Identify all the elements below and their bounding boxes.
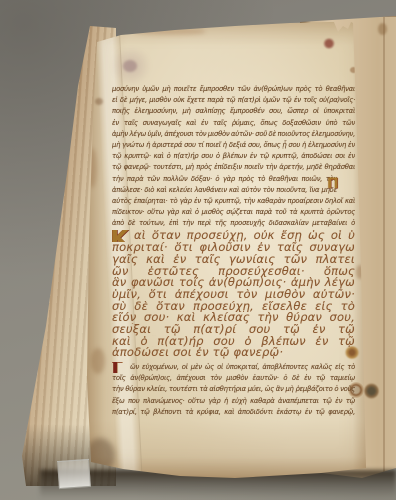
gospel-lemma-block: Καὶ ὅταν προσεύχῃ, οὐκ ἔσῃ ὡς οἱ ὑ ποκρι…	[112, 230, 355, 359]
commentary-line: ἔξω που πλανώμενος· οὕτω γὰρ ἡ εὐχὴ καθα…	[112, 396, 355, 407]
stain-purple-core	[123, 60, 137, 72]
commentary-line: τὴν θύραν κλείει, τουτέστι τὰ αἰσθητήρια…	[112, 384, 355, 395]
gospel-line: σευξαι τῷ π(ατ)ρί σου τῷ ἐν τῷ κρυπτῷ·	[112, 324, 355, 336]
commentary-line: μὴ γνώτω ἡ ἀριστερά σου τί ποιεῖ ἡ δεξιά…	[112, 140, 355, 151]
commentary-line: ἀμὴν λέγω ὑμῖν, ἀπέχουσι τὸν μισθὸν αὐτῶ…	[112, 129, 355, 140]
gospel-line: ὑμῖν, ὅτι ἀπέχουσι τὸν μισθὸν αὐτῶν·	[112, 289, 355, 301]
gospel-line: καὶ ὁ π(ατ)ήρ σου ὁ βλέπων ἐν τῷ κρυπτῷ,	[112, 336, 355, 348]
commentary-line: π(ατ)ρί, τῷ βλέποντι τὰ κρύφια, καὶ ἀποδ…	[112, 407, 355, 418]
repair-tab	[57, 459, 91, 489]
commentary-line-text: ῶν εὐχομένων, οἱ μὲν ὡς οἱ ὑποκριταί, ἀπ…	[130, 363, 355, 373]
commentary-line: Τῶν εὐχομένων, οἱ μὲν ὡς οἱ ὑποκριταί, ἀ…	[112, 362, 355, 373]
gospel-line: Καὶ ὅταν προσεύχῃ, οὐκ ἔσῃ ὡς οἱ ὑ	[112, 230, 355, 242]
commentary-line: ποιῇς ἐλεημοσύνην, μὴ σαλπίσῃς ἔμπροσθέν…	[112, 106, 355, 117]
gospel-line: εῖόν σου· καὶ κλείσας τὴν θύραν σου, πρό	[112, 312, 355, 324]
commentary-line: ἐν ταῖς συναγωγαῖς καὶ ἐν ταῖς ῥύμαις, ὅ…	[112, 118, 355, 129]
stain-left-smudge	[91, 348, 105, 374]
gospel-line: ποκριταί· ὅτι φιλοῦσιν ἐν ταῖς συναγω	[112, 242, 355, 254]
decorated-initial-kappa: Κ	[112, 230, 130, 242]
stain-top-foxing	[135, 28, 205, 35]
commentary-top-block: μοσύνην ὑμῶν μὴ ποιεῖτε ἔμπροσθεν τῶν ἀν…	[112, 84, 355, 229]
decorated-initial-tau: Τ	[112, 362, 122, 373]
photo-of-open-manuscript-codex: μοσύνην ὑμῶν μὴ ποιεῖτε ἔμπροσθεν τῶν ἀν…	[0, 0, 396, 500]
gospel-line: σὺ δὲ ὅταν προσεύχῃ, εἴσελθε εἰς τὸ ταμι	[112, 301, 355, 313]
gospel-line-text: αὶ ὅταν προσεύχῃ, οὐκ ἔσῃ ὡς οἱ ὑ	[134, 230, 355, 242]
text-block: μοσύνην ὑμῶν μὴ ποιεῖτε ἔμπροσθεν τῶν ἀν…	[112, 84, 355, 418]
commentary-line: μοσύνην ὑμῶν μὴ ποιεῖτε ἔμπροσθεν τῶν ἀν…	[112, 84, 355, 95]
stain-red-spot	[323, 38, 335, 49]
gospel-line: ῶν ἑστῶτες προσεύχεσθαι· ὅπως	[112, 266, 355, 278]
commentary-line: ἀπὸ δὲ τούτων, ἐπὶ τὴν περὶ τῆς προσευχῆ…	[112, 218, 355, 229]
commentary-line: τῷ κρυπτῷ· καὶ ὁ π(ατ)ήρ σου ὁ βλέπων ἐν…	[112, 151, 355, 162]
commentary-bottom-block: Τῶν εὐχομένων, οἱ μὲν ὡς οἱ ὑποκριταί, ἀ…	[112, 362, 355, 418]
stain-on-fore-edge	[364, 383, 379, 399]
foxing-spot	[378, 23, 387, 35]
commentary-line: αὐτὸς ἐπαίρηται· τὸ γὰρ ἐν τῷ κρυπτῷ, τὴ…	[112, 196, 355, 207]
fore-edge-crease	[383, 17, 385, 491]
commentary-line: τοῖς ἀν(θρώπ)οις, ἀπέχουσι τὸν μισθὸν ἑα…	[112, 373, 355, 384]
gospel-line: ἂν φανῶσι τοῖς ἀν(θρώπ)οις· ἀμὴν λέγω	[112, 277, 355, 289]
gospel-line: ἀποδώσει σοι ἐν τῷ φανερῷ·	[112, 347, 355, 359]
commentary-line: πίδεικτον· οὕτω γὰρ καὶ ὁ μισθὸς σῴζεται…	[112, 207, 355, 218]
gospel-line: γαῖς καὶ ἐν ταῖς γωνίαις τῶν πλατει	[112, 254, 355, 266]
commentary-line: εἰ δὲ μήγε, μισθὸν οὐκ ἔχετε παρὰ τῷ π(α…	[112, 95, 355, 106]
marginal-initial-pi: Π	[327, 177, 339, 191]
manuscript-page: μοσύνην ὑμῶν μὴ ποιεῖτε ἔμπροσθεν τῶν ἀν…	[85, 18, 370, 480]
commentary-line: τῷ φανερῷ· τουτέστι, μὴ πρὸς ἐπίδειξιν π…	[112, 162, 355, 173]
commentary-line: ἀπώλεσε· διὸ καὶ κελεύει λανθάνειν καὶ α…	[112, 185, 355, 196]
commentary-line: τὴν παρὰ τῶν πολλῶν δόξαν· ὁ γὰρ πρὸς τὸ…	[112, 174, 355, 185]
